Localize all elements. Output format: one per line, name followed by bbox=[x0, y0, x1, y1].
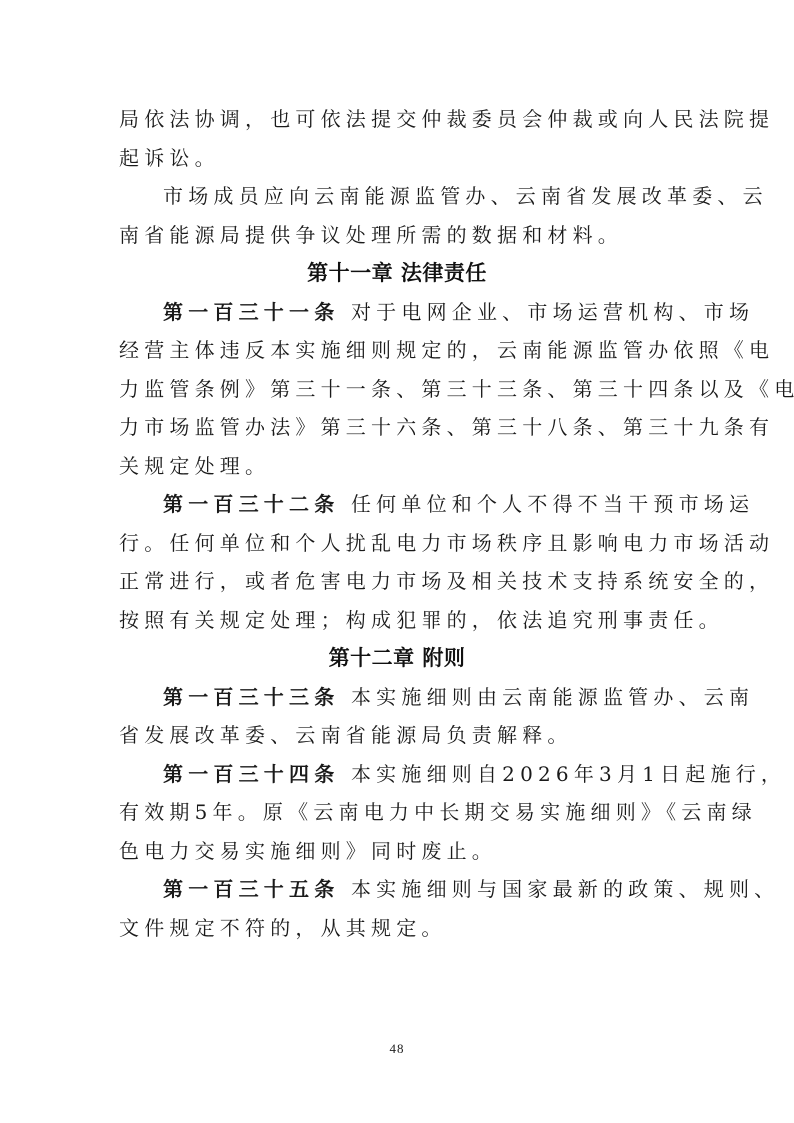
article-text: 本实施细则自2026年3月1日起施行， bbox=[339, 762, 786, 786]
document-body: 局依法协调，也可依法提交仲裁委员会仲裁或向人民法院提 起诉讼。 市场成员应向云南… bbox=[119, 100, 675, 947]
article-text: 任何单位和个人不得不当干预市场运 bbox=[339, 492, 754, 516]
page-number: 48 bbox=[0, 1041, 794, 1057]
article-number: 第一百三十四条 bbox=[163, 762, 339, 786]
text-line: 南省能源局提供争议处理所需的数据和材料。 bbox=[119, 216, 675, 255]
article-135: 第一百三十五条 本实施细则与国家最新的政策、规则、 文件规定不符的，从其规定。 bbox=[119, 870, 675, 947]
text-line: 第一百三十五条 本实施细则与国家最新的政策、规则、 bbox=[119, 870, 675, 909]
article-131: 第一百三十一条 对于电网企业、市场运营机构、市场 经营主体违反本实施细则规定的，… bbox=[119, 293, 675, 486]
text-line: 文件规定不符的，从其规定。 bbox=[119, 909, 675, 948]
text-line: 第一百三十一条 对于电网企业、市场运营机构、市场 bbox=[119, 293, 675, 332]
article-134: 第一百三十四条 本实施细则自2026年3月1日起施行， 有效期5年。原《云南电力… bbox=[119, 755, 675, 871]
text-line: 市场成员应向云南能源监管办、云南省发展改革委、云 bbox=[119, 177, 675, 216]
text-line: 有效期5年。原《云南电力中长期交易实施细则》《云南绿 bbox=[119, 793, 675, 832]
text-line: 行。任何单位和个人扰乱电力市场秩序且影响电力市场活动 bbox=[119, 524, 675, 563]
text-line: 正常进行，或者危害电力市场及相关技术支持系统安全的， bbox=[119, 562, 675, 601]
text-line: 力市场监管办法》第三十六条、第三十八条、第三十九条有 bbox=[119, 408, 675, 447]
article-132: 第一百三十二条 任何单位和个人不得不当干预市场运 行。任何单位和个人扰乱电力市场… bbox=[119, 485, 675, 639]
text-line: 经营主体违反本实施细则规定的，云南能源监管办依照《电 bbox=[119, 331, 675, 370]
text-line: 关规定处理。 bbox=[119, 447, 675, 486]
article-number: 第一百三十一条 bbox=[163, 300, 339, 324]
text-line: 第一百三十三条 本实施细则由云南能源监管办、云南 bbox=[119, 678, 675, 717]
chapter-heading-supplementary-provisions: 第十二章 附则 bbox=[119, 639, 675, 678]
text-line: 色电力交易实施细则》同时废止。 bbox=[119, 832, 675, 871]
paragraph-continuation: 局依法协调，也可依法提交仲裁委员会仲裁或向人民法院提 起诉讼。 bbox=[119, 100, 675, 177]
text-line: 局依法协调，也可依法提交仲裁委员会仲裁或向人民法院提 bbox=[119, 100, 675, 139]
article-133: 第一百三十三条 本实施细则由云南能源监管办、云南 省发展改革委、云南省能源局负责… bbox=[119, 678, 675, 755]
article-text: 本实施细则与国家最新的政策、规则、 bbox=[339, 877, 779, 901]
paragraph-data-provision: 市场成员应向云南能源监管办、云南省发展改革委、云 南省能源局提供争议处理所需的数… bbox=[119, 177, 675, 254]
chapter-heading-legal-liability: 第十一章 法律责任 bbox=[119, 254, 675, 293]
text-line: 力监管条例》第三十一条、第三十三条、第三十四条以及《电 bbox=[119, 370, 675, 409]
article-number: 第一百三十三条 bbox=[163, 685, 339, 709]
article-number: 第一百三十二条 bbox=[163, 492, 339, 516]
text-line: 省发展改革委、云南省能源局负责解释。 bbox=[119, 716, 675, 755]
text-line: 按照有关规定处理；构成犯罪的，依法追究刑事责任。 bbox=[119, 601, 675, 640]
article-text: 对于电网企业、市场运营机构、市场 bbox=[339, 300, 754, 324]
text-line: 第一百三十二条 任何单位和个人不得不当干预市场运 bbox=[119, 485, 675, 524]
article-text: 本实施细则由云南能源监管办、云南 bbox=[339, 685, 754, 709]
text-line: 起诉讼。 bbox=[119, 139, 675, 178]
article-number: 第一百三十五条 bbox=[163, 877, 339, 901]
text-line: 第一百三十四条 本实施细则自2026年3月1日起施行， bbox=[119, 755, 675, 794]
document-page: 局依法协调，也可依法提交仲裁委员会仲裁或向人民法院提 起诉讼。 市场成员应向云南… bbox=[0, 0, 794, 1123]
